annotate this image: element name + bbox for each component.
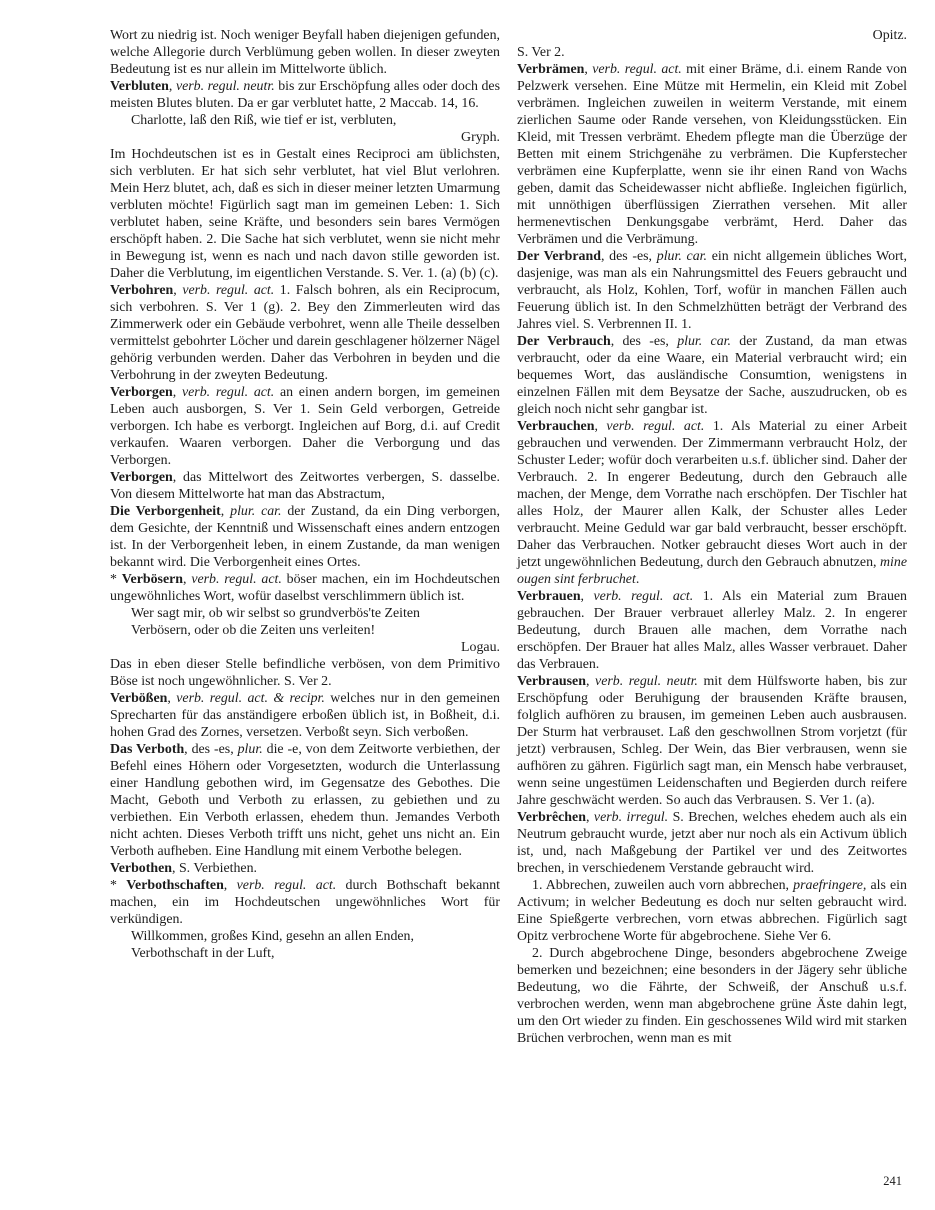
entry-verboesern: * Verbösern, verb. regul. act. böser mac… [110, 571, 500, 605]
grammar-label: verb. regul. act. [182, 283, 274, 298]
numbered-sense-2: 2. Durch abgebrochene Dinge, besonders a… [517, 945, 907, 1047]
grammar-label: verb. regul. neutr. [595, 674, 698, 689]
body-text: S. Ver 2. [517, 45, 565, 60]
body-text: 1. Abbrechen, zuweilen auch vorn abbrech… [532, 878, 793, 893]
body-text: Gryph. [461, 130, 500, 145]
entry-verborgen-mittelwort: Verborgen, das Mittelwort des Zeitwortes… [110, 469, 500, 503]
entry-verbothen: Verbothen, S. Verbiethen. [110, 860, 500, 877]
grammar-label: plur. car. [657, 249, 707, 264]
grammar-label: verb. regul. act. [593, 589, 693, 604]
body-text: Verbösern, oder ob die Zeiten uns verlei… [131, 623, 375, 638]
grammar-label: verb. regul. act. [191, 572, 282, 587]
body-text: , [581, 589, 594, 604]
body-text: , [224, 878, 237, 893]
headword: Verborgen [110, 385, 173, 400]
entry-verbrauchen: Verbrauchen, verb. regul. act. 1. Als Ma… [517, 418, 907, 588]
entry-verbothschaften: * Verbothschaften, verb. regul. act. dur… [110, 877, 500, 928]
body-text: , des -es, [184, 742, 237, 757]
right-column: Opitz.S. Ver 2.Verbrämen, verb. regul. a… [517, 27, 907, 1047]
verse-line: Willkommen, großes Kind, gesehn an allen… [110, 928, 500, 945]
body-text: Opitz. [873, 28, 907, 43]
headword: Verbößen [110, 691, 167, 706]
body-text: , [169, 79, 176, 94]
verse-line: Wer sagt mir, ob wir selbst so grundverb… [110, 605, 500, 622]
body-text: Charlotte, laß den Riß, wie tief er ist,… [131, 113, 396, 128]
verse-line: Verbösern, oder ob die Zeiten uns verlei… [110, 622, 500, 639]
body-text: , [173, 283, 182, 298]
headword: Verbösern [122, 572, 183, 587]
citation-gryph: Gryph. [110, 129, 500, 146]
body-text: . [636, 572, 639, 587]
entry-der-verbrand: Der Verbrand, des -es, plur. car. ein ni… [517, 248, 907, 333]
headword: Das Verboth [110, 742, 184, 757]
grammar-label: plur. car. [677, 334, 731, 349]
body-text: mit dem Hülfsworte haben, bis zur Erschö… [517, 674, 907, 808]
body-text: 1. Als Material zu einer Arbeit gebrauch… [517, 419, 907, 570]
page-number: 241 [883, 1174, 902, 1189]
numbered-sense-1: 1. Abbrechen, zuweilen auch vorn abbrech… [517, 877, 907, 945]
headword: Verbrauen [517, 589, 581, 604]
grammar-label: verb. irregul. [594, 810, 668, 825]
body-text: , des -es, [601, 249, 657, 264]
headword: Verbrausen [517, 674, 586, 689]
headword: Verbrauchen [517, 419, 594, 434]
body-text: * [110, 878, 126, 893]
body-text: , [221, 504, 230, 519]
body-text: , des -es, [611, 334, 678, 349]
grammar-label: praefringere, [793, 878, 866, 893]
dictionary-page: Wort zu niedrig ist. Noch weniger Beyfal… [0, 0, 935, 1210]
paragraph-verbluten-continuation: Im Hochdeutschen ist es in Gestalt eines… [110, 146, 500, 282]
headword: Verbothschaften [126, 878, 224, 893]
body-text: , [173, 385, 182, 400]
body-text: , [167, 691, 176, 706]
entry-verbraemen: Verbrämen, verb. regul. act. mit einer B… [517, 61, 907, 248]
body-text: 2. Durch abgebrochene Dinge, besonders a… [517, 946, 907, 1046]
entry-verbrauen: Verbrauen, verb. regul. act. 1. Als ein … [517, 588, 907, 673]
entry-verbohren: Verbohren, verb. regul. act. 1. Falsch b… [110, 282, 500, 384]
body-text: , [586, 674, 595, 689]
body-text: Logau. [461, 640, 500, 655]
paragraph-see-reference: S. Ver 2. [517, 44, 907, 61]
entry-verbossen: Verbößen, verb. regul. act. & recipr. we… [110, 690, 500, 741]
entry-die-verborgenheit: Die Verborgenheit, plur. car. der Zustan… [110, 503, 500, 571]
entry-verbluten: Verbluten, verb. regul. neutr. bis zur E… [110, 78, 500, 112]
entry-verbrausen: Verbrausen, verb. regul. neutr. mit dem … [517, 673, 907, 809]
body-text: , [594, 419, 606, 434]
headword: Verbrämen [517, 62, 584, 77]
citation-opitz: Opitz. [517, 27, 907, 44]
headword: Verborgen [110, 470, 173, 485]
body-text: Im Hochdeutschen ist es in Gestalt eines… [110, 147, 500, 281]
body-text: die -e, von dem Zeitworte verbiethen, de… [110, 742, 500, 859]
body-text: Das in eben dieser Stelle befindliche ve… [110, 657, 500, 689]
headword: Der Verbrand [517, 249, 601, 264]
entry-der-verbrauch: Der Verbrauch, des -es, plur. car. der Z… [517, 333, 907, 418]
citation-logau: Logau. [110, 639, 500, 656]
headword: Verbluten [110, 79, 169, 94]
headword: Verbrêchen [517, 810, 586, 825]
paragraph-verbluemen-continuation: Wort zu niedrig ist. Noch weniger Beyfal… [110, 27, 500, 78]
body-text: Wort zu niedrig ist. Noch weniger Beyfal… [110, 28, 500, 77]
body-text: Wer sagt mir, ob wir selbst so grundverb… [131, 606, 420, 621]
headword: Verbohren [110, 283, 173, 298]
grammar-label: verb. regul. act. [592, 62, 682, 77]
body-text: , S. Verbiethen. [172, 861, 257, 876]
grammar-label: plur. car. [230, 504, 281, 519]
grammar-label: verb. regul. act. & recipr. [176, 691, 325, 706]
grammar-label: verb. regul. act. [237, 878, 337, 893]
verse-line: Verbothschaft in der Luft, [110, 945, 500, 962]
body-text: * [110, 572, 122, 587]
body-text: mit einer Bräme, d.i. einem Rande von Pe… [517, 62, 907, 247]
headword: Die Verborgenheit [110, 504, 221, 519]
verse-line: Charlotte, laß den Riß, wie tief er ist,… [110, 112, 500, 129]
body-text: , [586, 810, 594, 825]
entry-verbrechen: Verbrêchen, verb. irregul. S. Brechen, w… [517, 809, 907, 877]
headword: Der Verbrauch [517, 334, 611, 349]
grammar-label: plur. [238, 742, 263, 757]
entry-verborgen-verb: Verborgen, verb. regul. act. an einen an… [110, 384, 500, 469]
text-columns: Wort zu niedrig ist. Noch weniger Beyfal… [110, 27, 907, 1047]
grammar-label: verb. regul. act. [182, 385, 274, 400]
grammar-label: verb. regul. neutr. [176, 79, 275, 94]
body-text: Willkommen, großes Kind, gesehn an allen… [131, 929, 414, 944]
grammar-label: verb. regul. act. [606, 419, 704, 434]
entry-das-verboth: Das Verboth, des -es, plur. die -e, von … [110, 741, 500, 860]
paragraph-verboesern-continuation: Das in eben dieser Stelle befindliche ve… [110, 656, 500, 690]
left-column: Wort zu niedrig ist. Noch weniger Beyfal… [110, 27, 500, 1047]
headword: Verbothen [110, 861, 172, 876]
body-text: 1. Falsch bohren, als ein Reciprocum, si… [110, 283, 500, 383]
body-text: Verbothschaft in der Luft, [131, 946, 275, 961]
